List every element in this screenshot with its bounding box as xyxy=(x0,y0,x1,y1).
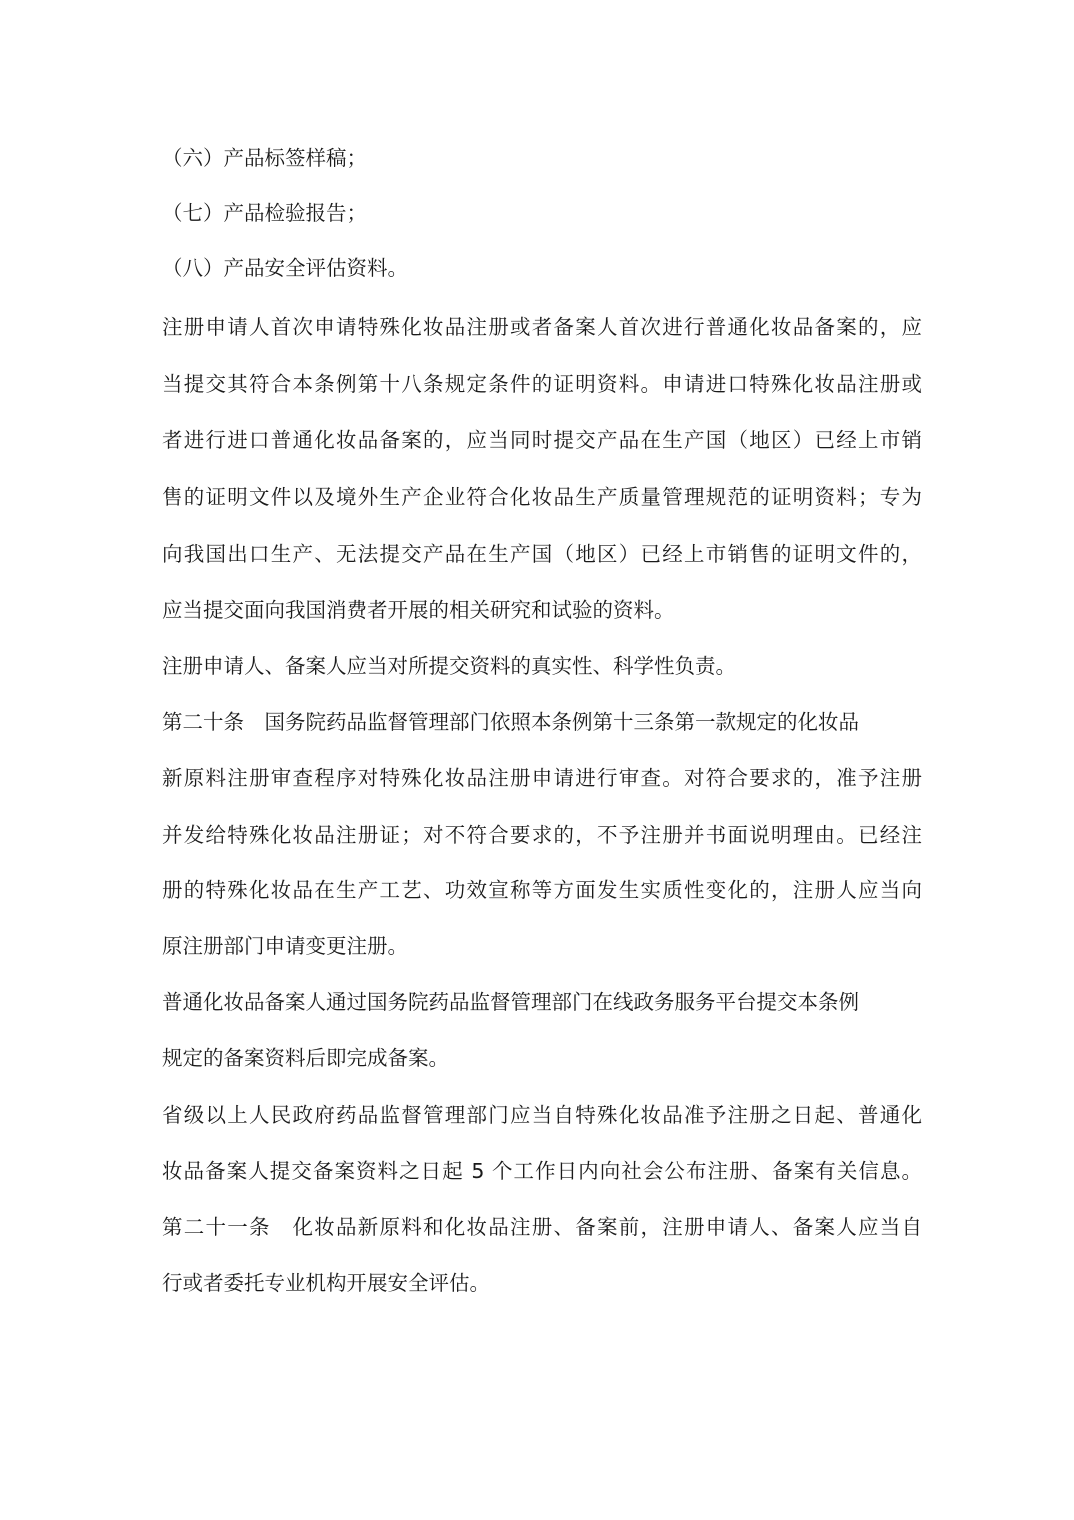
paragraph-line: 普通化妆品备案人通过国务院药品监督管理部门在线政务服务平台提交本条例 xyxy=(162,988,922,1016)
list-item-8: （八）产品安全评估资料。 xyxy=(162,254,922,282)
list-item-7: （七）产品检验报告； xyxy=(162,199,922,227)
paragraph-line: 应当提交面向我国消费者开展的相关研究和试验的资料。 xyxy=(162,596,922,624)
paragraph-line: 规定的备案资料后即完成备案。 xyxy=(162,1044,922,1072)
list-item-6: （六）产品标签样稿； xyxy=(162,144,922,172)
paragraph-line: 妆品备案人提交备案资料之日起 5 个工作日内向社会公布注册、备案有关信息。 xyxy=(162,1157,922,1185)
document-page: （六）产品标签样稿； （七）产品检验报告； （八）产品安全评估资料。 注册申请人… xyxy=(0,0,1074,1520)
paragraph-line: 省级以上人民政府药品监督管理部门应当自特殊化妆品准予注册之日起、普通化 xyxy=(162,1101,922,1129)
paragraph-line: 售的证明文件以及境外生产企业符合化妆品生产质量管理规范的证明资料；专为 xyxy=(162,483,922,511)
paragraph-line: 注册申请人首次申请特殊化妆品注册或者备案人首次进行普通化妆品备案的，应 xyxy=(162,313,922,341)
paragraph-line: 当提交其符合本条例第十八条规定条件的证明资料。申请进口特殊化妆品注册或 xyxy=(162,370,922,398)
paragraph-line: 者进行进口普通化妆品备案的，应当同时提交产品在生产国（地区）已经上市销 xyxy=(162,426,922,454)
article-21-heading-line: 第二十一条 化妆品新原料和化妆品注册、备案前，注册申请人、备案人应当自 xyxy=(162,1213,922,1241)
paragraph-line: 册的特殊化妆品在生产工艺、功效宣称等方面发生实质性变化的，注册人应当向 xyxy=(162,876,922,904)
paragraph-line: 注册申请人、备案人应当对所提交资料的真实性、科学性负责。 xyxy=(162,652,922,680)
paragraph-line: 向我国出口生产、无法提交产品在生产国（地区）已经上市销售的证明文件的， xyxy=(162,540,922,568)
article-20-heading-line: 第二十条 国务院药品监督管理部门依照本条例第十三条第一款规定的化妆品 xyxy=(162,708,922,736)
paragraph-line: 并发给特殊化妆品注册证；对不符合要求的，不予注册并书面说明理由。已经注 xyxy=(162,821,922,849)
paragraph-line: 行或者委托专业机构开展安全评估。 xyxy=(162,1269,922,1297)
paragraph-line: 原注册部门申请变更注册。 xyxy=(162,932,922,960)
paragraph-line: 新原料注册审查程序对特殊化妆品注册申请进行审查。对符合要求的，准予注册 xyxy=(162,764,922,792)
